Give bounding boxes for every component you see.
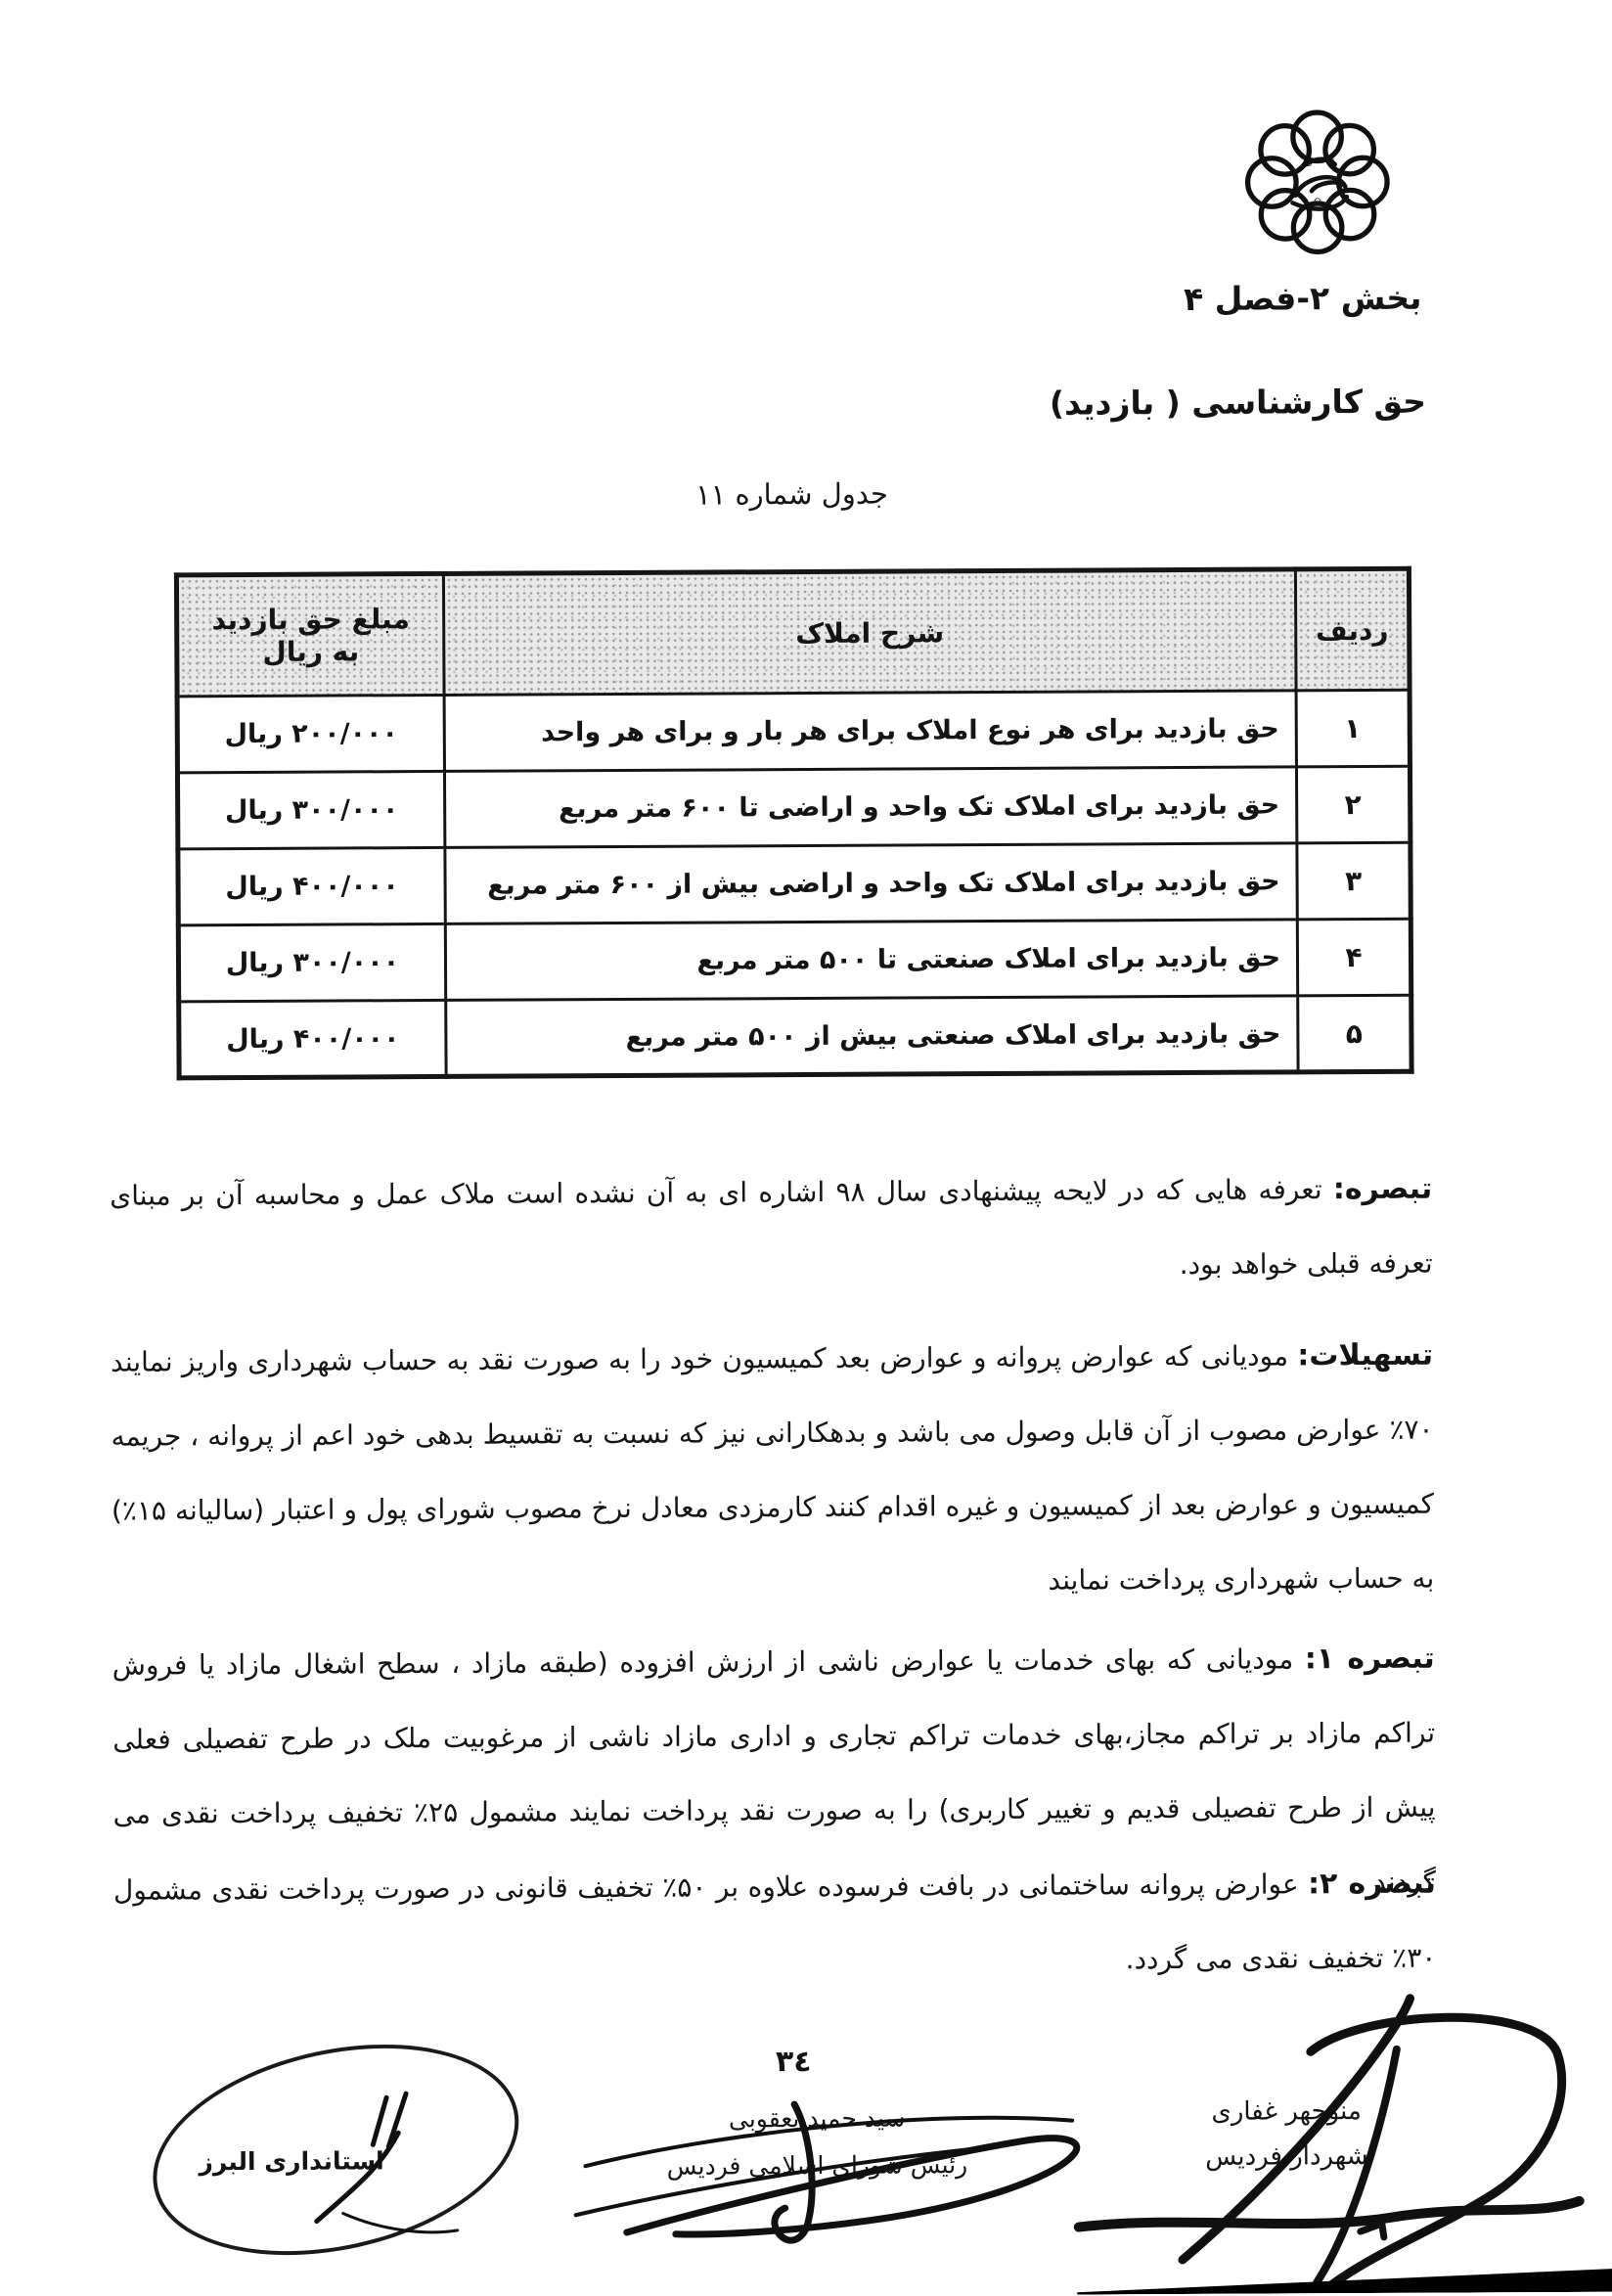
note-tashilat: تسهیلات: مودیانی که عوارض پروانه و عوارض… xyxy=(111,1319,1435,1623)
row-description: حق بازدید برای املاک تک واحد و اراضی تا … xyxy=(444,767,1296,848)
row-no: ۳ xyxy=(1297,842,1410,920)
row-fee: ۴۰۰/۰۰۰ ریال xyxy=(179,1000,446,1077)
header-fee-line1: مبلغ حق بازدید xyxy=(180,603,441,636)
council-signature-icon xyxy=(567,2038,1097,2275)
table-row: ۱ حق بازدید برای هر نوع املاک برای هر با… xyxy=(177,690,1410,773)
note-label: تبصره: xyxy=(1333,1172,1433,1207)
row-fee: ۲۰۰/۰۰۰ ریال xyxy=(177,695,444,772)
row-fee: ۳۰۰/۰۰۰ ریال xyxy=(178,923,445,1001)
header-description: شرح املاک xyxy=(443,569,1296,696)
header-fee: مبلغ حق بازدید به ریال xyxy=(176,573,444,696)
row-fee: ۳۰۰/۰۰۰ ریال xyxy=(177,771,444,848)
table-row: ۴ حق بازدید برای املاک صنعتی تا ۵۰۰ متر … xyxy=(178,919,1410,1002)
note-label: تبصره ۱: xyxy=(1305,1642,1435,1677)
row-fee: ۴۰۰/۰۰۰ ریال xyxy=(178,847,445,924)
note-tabsereh-2: تبصره ۲: عوارض پروانه ساختمانی در بافت ف… xyxy=(113,1847,1437,2003)
table-row: ۵ حق بازدید برای املاک صنعتی بیش از ۵۰۰ … xyxy=(179,995,1411,1078)
header-fee-line2: به ریال xyxy=(180,635,441,668)
note-text: عوارض پروانه ساختمانی در بافت فرسوده علا… xyxy=(113,1868,1437,1975)
header-row-no: ردیف xyxy=(1295,568,1410,691)
note-text: تعرفه هایی که در لایحه پیشنهادی سال ۹۸ ا… xyxy=(110,1173,1433,1281)
row-no: ۱ xyxy=(1296,690,1410,767)
municipality-emblem-icon xyxy=(1243,100,1391,265)
row-description: حق بازدید برای املاک صنعتی بیش از ۵۰۰ مت… xyxy=(446,996,1298,1077)
table-header-row: ردیف شرح املاک مبلغ حق بازدید به ریال xyxy=(176,568,1410,697)
row-description: حق بازدید برای املاک تک واحد و اراضی بیش… xyxy=(445,843,1297,924)
scanned-document-page: بخش ۲-فصل ۴ حق کارشناسی ( بازدید) جدول ش… xyxy=(0,0,1612,2296)
note-label: تسهیلات: xyxy=(1297,1338,1433,1373)
row-no: ۵ xyxy=(1298,995,1411,1072)
note-text: مودیانی که عوارض پروانه و عوارض بعد کمیس… xyxy=(111,1339,1434,1596)
note-tabsereh: تبصره: تعرفه هایی که در لایحه پیشنهادی س… xyxy=(110,1152,1433,1308)
table-row: ۳ حق بازدید برای املاک تک واحد و اراضی ب… xyxy=(178,842,1410,925)
row-description: حق بازدید برای املاک صنعتی تا ۵۰۰ متر مر… xyxy=(445,920,1297,1001)
row-description: حق بازدید برای هر نوع املاک برای هر بار … xyxy=(444,691,1296,772)
row-no: ۴ xyxy=(1297,919,1410,996)
row-no: ۲ xyxy=(1296,766,1410,843)
section-heading: بخش ۲-فصل ۴ xyxy=(1184,279,1422,318)
stamp-initials-icon xyxy=(289,2076,466,2243)
mayor-signature-icon xyxy=(1066,1992,1596,2288)
table-caption: جدول شماره ۱۱ xyxy=(172,474,1410,515)
page-title: حق کارشناسی ( بازدید) xyxy=(1050,383,1426,423)
fees-table: ردیف شرح املاک مبلغ حق بازدید به ریال ۱ … xyxy=(174,566,1414,1081)
note-label: تبصره ۲: xyxy=(1308,1867,1436,1902)
document-content: بخش ۲-فصل ۴ حق کارشناسی ( بازدید) جدول ش… xyxy=(0,0,1612,2296)
table-row: ۲ حق بازدید برای املاک تک واحد و اراضی ت… xyxy=(177,766,1410,849)
